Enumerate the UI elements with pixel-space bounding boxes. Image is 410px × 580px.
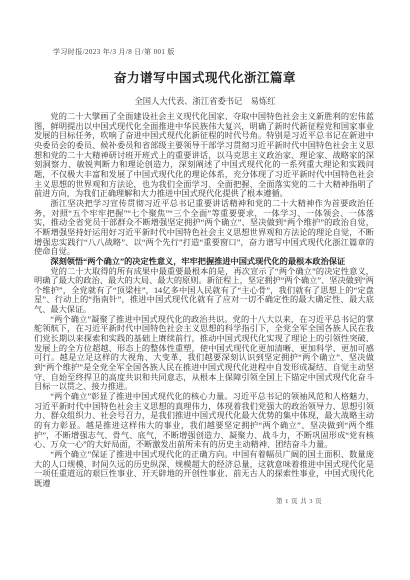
page-number-indicator: 第 1 页 共 3 页	[276, 496, 322, 505]
section-subheading: 深刻领悟“两个确立”的决定性意义，牢牢把握推进中国式现代化的最根本政治保证	[34, 257, 374, 267]
paragraph: “两个确立”彰显了推进中国式现代化的核心力量。习近平总书记的领袖风范和人格魅力，…	[34, 392, 374, 450]
paragraph: 党的二十大擘画了全面建设社会主义现代化国家、夺取中国特色社会主义新胜利的宏伟蓝图…	[34, 112, 374, 199]
paragraph: 党的二十大取得的所有成果中最重要最根本的是，再次宣示了“两个确立”的决定性意义，…	[34, 267, 374, 315]
article-body: 党的二十大擘画了全面建设社会主义现代化国家、夺取中国特色社会主义新胜利的宏伟蓝图…	[34, 112, 374, 489]
paragraph: “两个确立”保证了推进中国式现代化的正确方向。中国有着幅员广阔的国土面积、数量庞…	[34, 450, 374, 489]
article-byline: 全国人大代表、浙江省委书记 易炼红	[0, 95, 410, 107]
paragraph: 浙江坚决把学习宣传贯彻习近平总书记重要讲话精神和党的二十大精神作为首要政治任务，…	[34, 199, 374, 257]
article-title: 奋力谱写中国式现代化浙江篇章	[0, 68, 410, 86]
publication-date-line: 学习时报/2023 年/3 月/8 日/第 001 版	[53, 47, 175, 57]
document-page: 学习时报/2023 年/3 月/8 日/第 001 版 奋力谱写中国式现代化浙江…	[0, 0, 410, 580]
paragraph: “两个确立”凝聚了推进中国式现代化的政治共识。党的十八大以来，在习近平总书记的掌…	[34, 315, 374, 392]
